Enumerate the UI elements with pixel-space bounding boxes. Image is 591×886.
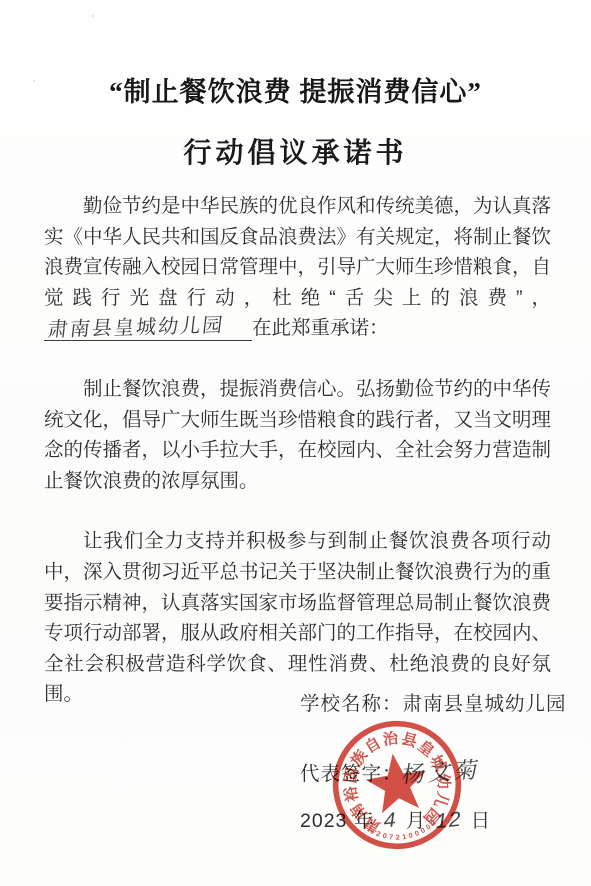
svg-text:2: 2 [396,834,400,842]
representative-signature-line: 代表签字：杨文菊 [300,754,481,787]
date-year: 2023 [300,810,347,832]
paragraph-2: 制止餐饮浪费，提振消费信心。弘扬勤俭节约的中华传统文化，倡导广大师生既当珍惜粮食… [44,374,551,496]
date-year-unit: 年 [354,810,375,832]
scan-speck [92,15,94,17]
title-block: “制止餐饮浪费 提振消费信心” 行动倡议承诺书 [0,70,591,171]
representative-label: 代表签字： [300,763,403,785]
svg-text:1: 1 [402,833,407,841]
document-body: 勤俭节约是中华民族的优良作风和传统美德，为认真落实《中华人民共和国反食品浪费法》… [44,191,551,740]
document-subtitle: 行动倡议承诺书 [0,131,591,171]
date-month-handwritten: 4 [379,808,402,834]
date-line: 2023 年 4 月 12 日 [300,805,491,833]
date-day-handwritten: 12 [431,807,466,834]
document-title: “制止餐饮浪费 提振消费信心” [0,70,591,109]
date-month-unit: 月 [406,810,427,832]
paragraph-1: 勤俭节约是中华民族的优良作风和传统美德，为认真落实《中华人民共和国反食品浪费法》… [44,191,551,344]
date-day-unit: 日 [471,810,492,832]
handwritten-school-name: 肃南县皇城幼儿园 [46,314,225,343]
representative-handwritten-signature: 杨文菊 [400,751,484,789]
scanned-document-page: “制止餐饮浪费 提振消费信心” 行动倡议承诺书 勤俭节约是中华民族的优良作风和传… [0,0,591,886]
school-name-value: 肃南县皇城幼儿园 [403,693,567,715]
school-name-label: 学校名称： [300,693,403,715]
paragraph-1-tail: 在此郑重承诺： [252,317,389,339]
svg-text:裕: 裕 [341,784,362,804]
school-name-line: 学校名称：肃南县皇城幼儿园 [300,688,567,716]
handwritten-school-name-blank: 肃南县皇城幼儿园 [44,316,252,341]
paragraph-1-text: 勤俭节约是中华民族的优良作风和传统美德，为认真落实《中华人民共和国反食品浪费法》… [44,195,551,309]
paragraph-3: 让我们全力支持并积极参与到制止餐饮浪费各项行动中，深入贯彻习近平总书记关于坚决制… [44,526,551,710]
svg-text:7: 7 [389,833,394,841]
